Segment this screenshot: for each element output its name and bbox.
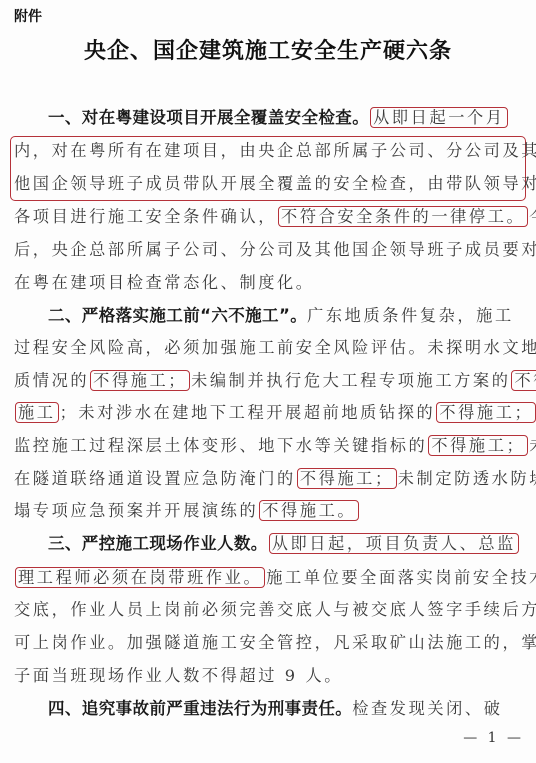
body-text: 施工单位要全面落实岗前安全技术 — [266, 568, 536, 587]
body-text: 子面当班现场作业人数不得超过 9 人。 — [14, 666, 343, 685]
body-text: 过程安全风险高，必须加强施工前安全风险评估。未探明水文地 — [14, 338, 536, 357]
body-text: 广东地质条件复杂，施工 — [307, 306, 514, 325]
paragraph-line-14: 三、严控施工现场作业人数。从即日起，项目负责人、总监 — [48, 531, 526, 557]
paragraph-line-8: 过程安全风险高，必须加强施工前安全风险评估。未探明水文地 — [14, 335, 526, 361]
section-heading: 四、追究事故前严重违法行为刑事责任。 — [48, 699, 352, 718]
document-page: 附件 央企、国企建筑施工安全生产硬六条 一、对在粤建设项目开展全覆盖安全检查。从… — [0, 0, 536, 763]
paragraph-line-4: 各项目进行施工安全条件确认，不符合安全条件的一律停工。今 — [14, 204, 526, 230]
paragraph-line-6: 在粤在建项目检查常态化、制度化。 — [14, 270, 526, 296]
highlighted-phrase: 不得施工。 — [259, 500, 359, 521]
paragraph-line-3: 他国企领导班子成员带队开展全覆盖的安全检查，由带队领导对 — [14, 171, 526, 197]
document-title: 央企、国企建筑施工安全生产硬六条 — [0, 34, 536, 65]
paragraph-line-5: 后，央企总部所属子公司、分公司及其他国企领导班子成员要对 — [14, 237, 526, 263]
highlighted-phrase: 不得施工； — [436, 402, 536, 423]
paragraph-line-16: 交底，作业人员上岗前必须完善交底人与被交底人签字手续后方 — [14, 597, 526, 623]
highlighted-phrase: 理工程师必须在岗带班作业。 — [15, 567, 265, 588]
body-text: 交底，作业人员上岗前必须完善交底人与被交底人签字手续后方 — [14, 600, 536, 619]
paragraph-line-17: 可上岗作业。加强隧道施工安全管控，凡采取矿山法施工的，掌 — [14, 630, 526, 656]
body-text: 未制定防透水防坍 — [398, 469, 536, 488]
paragraph-line-1: 一、对在粤建设项目开展全覆盖安全检查。从即日起一个月 — [48, 105, 526, 131]
highlighted-phrase: 不得 — [511, 370, 536, 391]
body-text: 后，央企总部所属子公司、分公司及其他国企领导班子成员要对 — [14, 240, 536, 259]
paragraph-line-9: 质情况的不得施工；未编制并执行危大工程专项施工方案的不得 — [14, 368, 526, 394]
body-text: 检查发现关闭、破 — [352, 699, 502, 718]
body-text: 可上岗作业。加强隧道施工安全管控，凡采取矿山法施工的，掌 — [14, 633, 536, 652]
paragraph-line-2: 内，对在粤所有在建项目，由央企总部所属子公司、分公司及其 — [14, 138, 526, 164]
paragraph-line-19: 四、追究事故前严重违法行为刑事责任。检查发现关闭、破 — [48, 696, 526, 722]
section-heading: 一、对在粤建设项目开展全覆盖安全检查。 — [48, 108, 369, 127]
paragraph-line-12: 在隧道联络通道设置应急防淹门的不得施工；未制定防透水防坍 — [14, 466, 526, 492]
body-text: 在隧道联络通道设置应急防淹门的 — [14, 469, 296, 488]
section-heading: 三、严控施工现场作业人数。 — [48, 534, 268, 553]
attachment-label: 附件 — [14, 6, 42, 26]
page-number: — 1 — — [463, 730, 524, 746]
paragraph-line-15: 理工程师必须在岗带班作业。施工单位要全面落实岗前安全技术 — [14, 565, 526, 591]
body-text: 未编制并执行危大工程专项施工方案的 — [191, 371, 510, 390]
highlighted-phrase: 从即日起，项目负责人、总监 — [269, 533, 519, 554]
body-text: ；未对涉水在建地下工程开展超前地质钻探的 — [60, 403, 436, 422]
section-heading: 二、严格落实施工前“六不施工”。 — [48, 306, 307, 325]
highlighted-phrase: 不得施工； — [90, 370, 190, 391]
paragraph-line-18: 子面当班现场作业人数不得超过 9 人。 — [14, 663, 526, 689]
paragraph-line-10: 施工；未对涉水在建地下工程开展超前地质钻探的不得施工；未 — [14, 400, 526, 426]
body-text: 今 — [529, 207, 536, 226]
highlighted-phrase: 不符合安全条件的一律停工。 — [278, 206, 528, 227]
body-text: 未 — [529, 436, 536, 455]
paragraph-line-13: 塌专项应急预案并开展演练的不得施工。 — [14, 498, 526, 524]
body-text: 各项目进行施工安全条件确认， — [14, 207, 277, 226]
highlighted-phrase: 不得施工； — [428, 435, 528, 456]
body-text: 塌专项应急预案并开展演练的 — [14, 501, 258, 520]
paragraph-line-11: 监控施工过程深层土体变形、地下水等关键指标的不得施工；未 — [14, 433, 526, 459]
body-text: 他国企领导班子成员带队开展全覆盖的安全检查，由带队领导对 — [14, 174, 536, 193]
paragraph-line-7: 二、严格落实施工前“六不施工”。广东地质条件复杂，施工 — [48, 303, 526, 329]
body-text: 质情况的 — [14, 371, 89, 390]
body-text: 在粤在建项目检查常态化、制度化。 — [14, 273, 315, 292]
highlighted-phrase: 从即日起一个月 — [370, 107, 508, 128]
highlighted-phrase: 不得施工； — [297, 468, 397, 489]
body-text: 监控施工过程深层土体变形、地下水等关键指标的 — [14, 436, 427, 455]
highlighted-phrase: 施工 — [15, 402, 59, 423]
body-text: 内，对在粤所有在建项目，由央企总部所属子公司、分公司及其 — [14, 141, 536, 160]
